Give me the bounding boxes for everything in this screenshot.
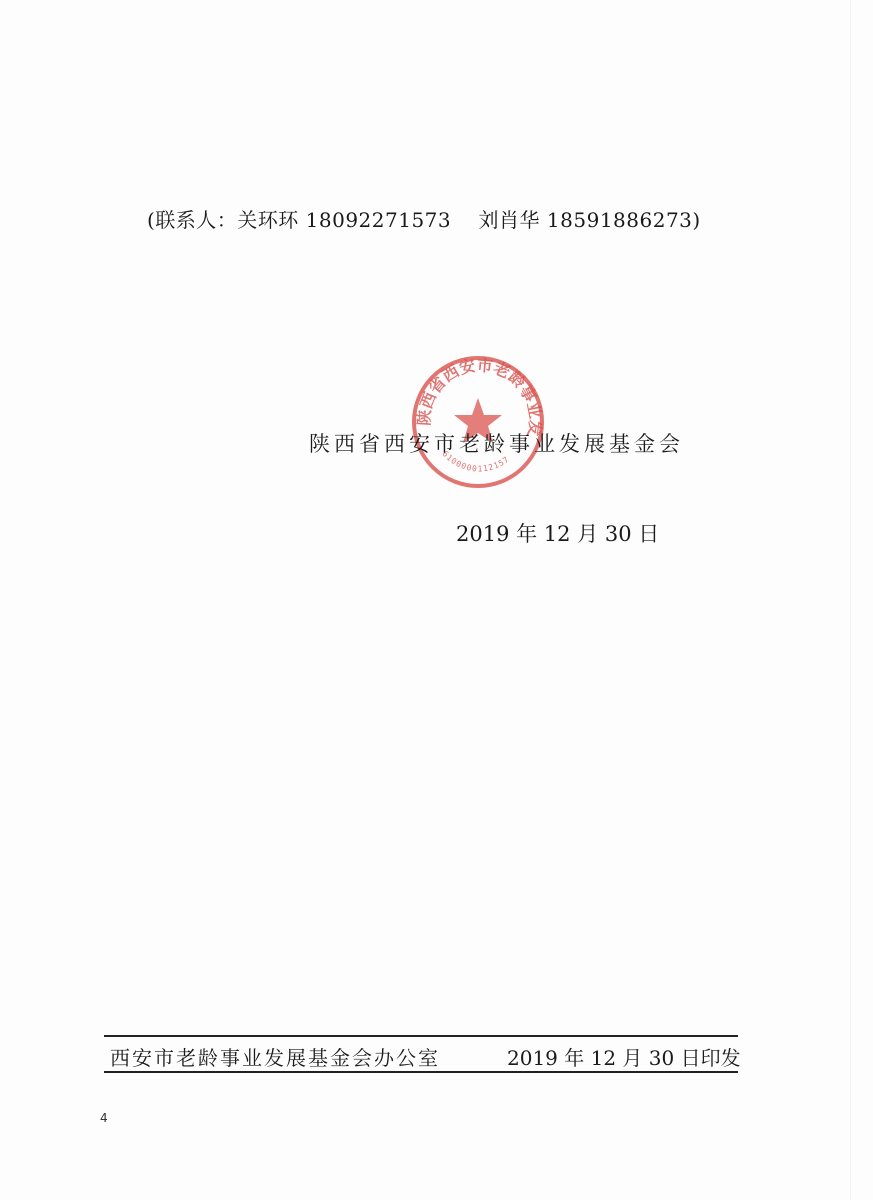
document-page: (联系人：关环环 18092271573 刘肖华 18591886273) 陕西… [0,0,873,1200]
footer-rule-top [104,1035,738,1037]
contact-line: (联系人：关环环 18092271573 刘肖华 18591886273) [147,204,701,233]
page-number: 4 [100,1111,108,1125]
footer-issuer: 西安市老龄事业发展基金会办公室 [110,1042,440,1071]
official-seal-icon: 陕西省西安市老龄事业发展基金会 6100000112157 [410,354,546,490]
footer-rule-bottom [104,1071,738,1073]
footer-issue-date: 2019 年 12 月 30 日印发 [507,1042,741,1071]
scan-edge [850,0,851,1200]
signature-organization: 陕西省西安市老龄事业发展基金会 [309,428,684,458]
signature-date: 2019 年 12 月 30 日 [456,518,659,548]
